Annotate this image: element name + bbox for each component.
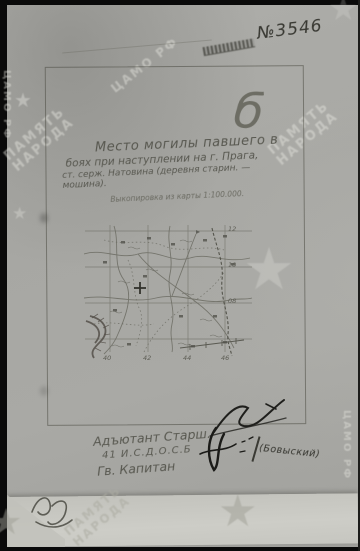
grid-label-bottom: 42 <box>143 354 151 362</box>
map-sketch: 12 10 08 40 42 44 46 <box>84 224 258 366</box>
ink-signature <box>192 424 262 480</box>
scan-border <box>0 547 360 551</box>
punch-hole-shadow <box>40 386 48 396</box>
handwritten-scribble <box>22 488 82 544</box>
scan-border <box>0 0 7 551</box>
stamp-text-smudge <box>203 38 256 56</box>
map-drawing <box>84 224 258 366</box>
grid-label-bottom: 46 <box>221 354 229 362</box>
grid-label-bottom: 44 <box>183 354 191 362</box>
grid-label-right: 10 <box>228 261 236 269</box>
document-title: Место могилы павшего в боях при наступле… <box>61 132 292 206</box>
scanned-document: ЦАМО РФ ЦАМО РФ ЦАМО РФ ПАМЯТЬ НАРОДА ПА… <box>0 0 360 551</box>
punch-hole-shadow <box>40 213 48 223</box>
grave-cross-mark <box>134 282 146 294</box>
grid-label-right: 08 <box>228 297 236 305</box>
scan-border <box>0 0 360 5</box>
grid-label-right: 12 <box>228 225 236 233</box>
grid-label-bottom: 40 <box>103 354 111 362</box>
